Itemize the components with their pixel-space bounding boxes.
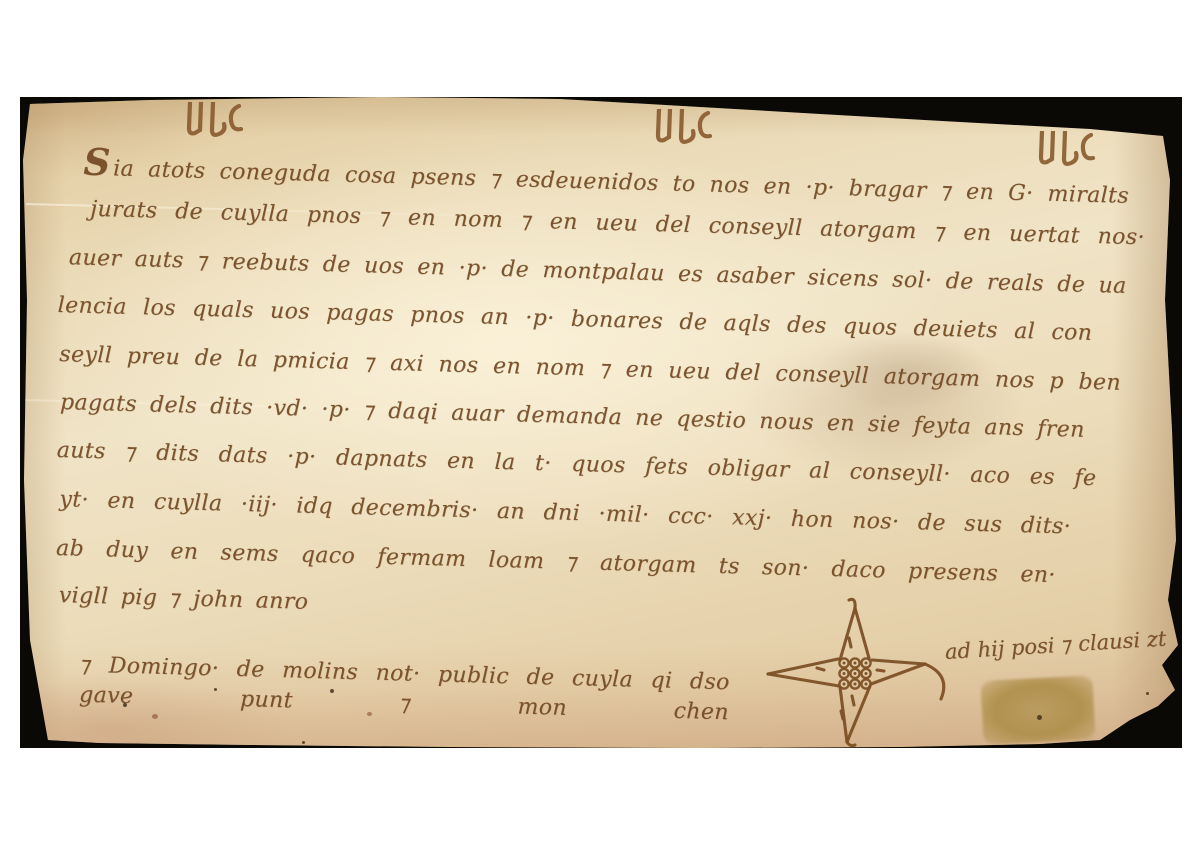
ink-speck [1037, 715, 1042, 720]
ink-speck [330, 689, 334, 693]
ink-speck [123, 703, 127, 707]
text-line: vigll pig ⁊ john anro [58, 581, 308, 618]
text-line: lencia los quals uos pagas pnos an ·p· b… [57, 291, 1092, 349]
text-line: auer auts ⁊ reebuts de uos en ·p· de mon… [69, 243, 1127, 302]
text-line: yt· en cuylla ·iij· idq decembris· an dn… [59, 485, 1071, 542]
ink-speck [302, 741, 305, 744]
ink-speck [1146, 692, 1149, 695]
decorated-initial: S [83, 140, 111, 185]
ink-speck [152, 714, 158, 719]
repair-patch [980, 675, 1095, 745]
page-background: Sia atots coneguda cosa psens ⁊ esdeueni… [0, 0, 1200, 848]
notary-subscription-line: ⁊ Domingo· de molins not· public de cuyl… [79, 651, 730, 729]
text-line: seyll preu de la pmicia ⁊ axi nos en nom… [59, 340, 1121, 399]
manuscript-text: Sia atots coneguda cosa psens ⁊ esdeueni… [46, 146, 1166, 761]
parchment: Sia atots coneguda cosa psens ⁊ esdeueni… [20, 97, 1182, 748]
chirograph-letter-mark-left [183, 102, 247, 140]
text-line: auts ⁊ dits dats ·p· dapnats en la t· qu… [56, 436, 1096, 494]
chirograph-letter-mark-right [1035, 131, 1099, 169]
photo-frame: Sia atots coneguda cosa psens ⁊ esdeueni… [20, 97, 1182, 748]
text-line: ab duy en sems qaco fermam loam ⁊ atorga… [56, 534, 1056, 591]
notarial-sign-icon [753, 596, 963, 754]
chirograph-letter-mark-center [652, 109, 716, 147]
ink-speck [214, 688, 217, 691]
ink-speck [367, 712, 372, 716]
text-line: pagats dels dits ·vd· ·p· ⁊ daqi auar de… [60, 388, 1085, 446]
